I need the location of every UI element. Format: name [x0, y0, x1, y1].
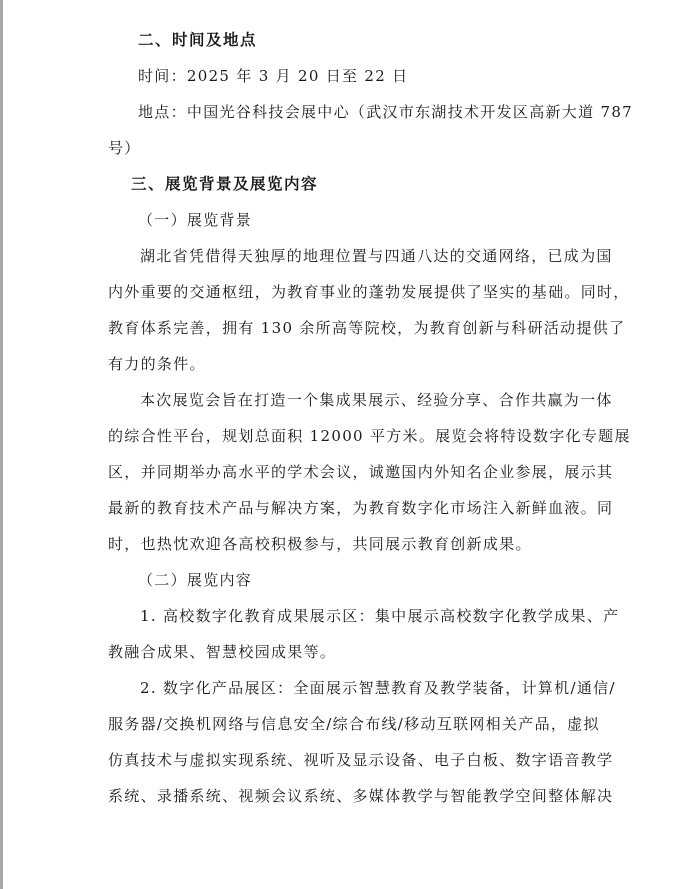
place-line-cont: 号） — [108, 130, 602, 166]
list-item-line: 仿真技术与虚拟实现系统、视听及显示设备、电子白板、数字语音教学 — [108, 742, 602, 778]
list-item-line: 1. 高校数字化教育成果展示区：集中展示高校数字化教学成果、产 — [108, 598, 602, 634]
document-page: 二、时间及地点 时间：2025 年 3 月 20 日至 22 日 地点：中国光谷… — [108, 22, 602, 814]
list-item-line: 2. 数字化产品展区：全面展示智慧教育及教学装备，计算机/通信/ — [108, 670, 602, 706]
place-line: 地点：中国光谷科技会展中心（武汉市东湖技术开发区高新大道 787 — [108, 94, 602, 130]
paragraph-line: 本次展览会旨在打造一个集成果展示、经验分享、合作共赢为一体 — [108, 382, 602, 418]
list-item-line: 系统、录播系统、视频会议系统、多媒体教学与智能教学空间整体解决 — [108, 778, 602, 814]
paragraph-line: 内外重要的交通枢纽，为教育事业的蓬勃发展提供了坚实的基础。同时， — [108, 274, 602, 310]
paragraph-line: 的综合性平台，规划总面积 12000 平方米。展览会将特设数字化专题展 — [108, 418, 602, 454]
time-line: 时间：2025 年 3 月 20 日至 22 日 — [108, 58, 602, 94]
paragraph-line: 湖北省凭借得天独厚的地理位置与四通八达的交通网络，已成为国 — [108, 238, 602, 274]
section-heading-time-place: 二、时间及地点 — [108, 22, 602, 58]
list-item-line: 服务器/交换机网络与信息安全/综合布线/移动互联网相关产品，虚拟 — [108, 706, 602, 742]
paragraph-line: 区，并同期举办高水平的学术会议，诚邀国内外知名企业参展，展示其 — [108, 454, 602, 490]
paragraph-line: 教育体系完善，拥有 130 余所高等院校，为教育创新与科研活动提供了 — [108, 310, 602, 346]
list-item-line: 教融合成果、智慧校园成果等。 — [108, 634, 602, 670]
subheading-content: （二）展览内容 — [108, 562, 602, 598]
paragraph-line: 最新的教育技术产品与解决方案，为教育数字化市场注入新鲜血液。同 — [108, 490, 602, 526]
section-heading-background-content: 三、展览背景及展览内容 — [108, 166, 602, 202]
paragraph-line: 时，也热忱欢迎各高校积极参与，共同展示教育创新成果。 — [108, 526, 602, 562]
paragraph-line: 有力的条件。 — [108, 346, 602, 382]
page-left-edge — [0, 0, 3, 889]
subheading-background: （一）展览背景 — [108, 202, 602, 238]
